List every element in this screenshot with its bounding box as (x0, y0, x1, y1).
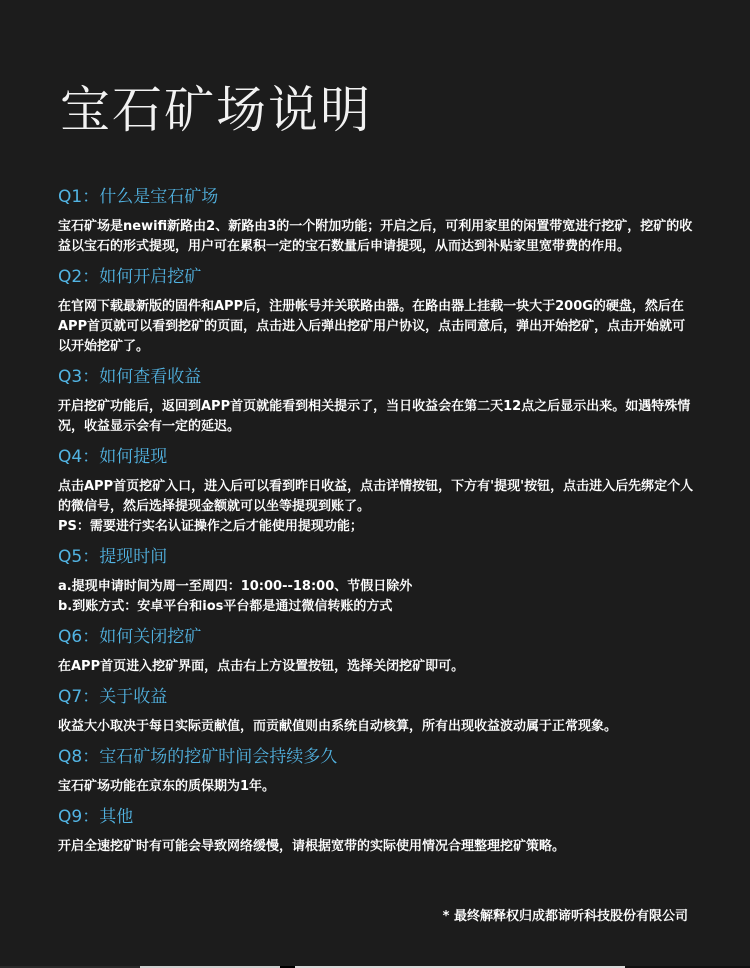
faq-answer: 收益大小取决于每日实际贡献值，而贡献值则由系统自动核算，所有出现收益波动属于正常… (58, 717, 698, 737)
faq-answer-paragraph: 点击APP首页挖矿入口，进入后可以看到昨日收益，点击详情按钮，下方有'提现'按钮… (58, 477, 698, 517)
faq-question: Q3：如何查看收益 (58, 365, 698, 389)
faq-answer-paragraph: 在官网下载最新版的固件和APP后，注册帐号并关联路由器。在路由器上挂载一块大于2… (58, 297, 698, 357)
faq-item-q1: Q1：什么是宝石矿场 宝石矿场是newifi新路由2、新路由3的一个附加功能；开… (58, 185, 698, 257)
faq-answer: 开启挖矿功能后，返回到APP首页就能看到相关提示了，当日收益会在第二天12点之后… (58, 397, 698, 437)
faq-answer-paragraph: 在APP首页进入挖矿界面，点击右上方设置按钮，选择关闭挖矿即可。 (58, 657, 698, 677)
faq-answer: 开启全速挖矿时有可能会导致网络缓慢，请根据宽带的实际使用情况合理整理挖矿策略。 (58, 837, 698, 857)
faq-answer-paragraph: 开启挖矿功能后，返回到APP首页就能看到相关提示了，当日收益会在第二天12点之后… (58, 397, 698, 437)
faq-item-q8: Q8：宝石矿场的挖矿时间会持续多久 宝石矿场功能在京东的质保期为1年。 (58, 745, 698, 797)
faq-answer: 在官网下载最新版的固件和APP后，注册帐号并关联路由器。在路由器上挂载一块大于2… (58, 297, 698, 357)
faq-item-q5: Q5：提现时间 a.提现申请时间为周一至周四：10:00--18:00、节假日除… (58, 545, 698, 617)
faq-question: Q8：宝石矿场的挖矿时间会持续多久 (58, 745, 698, 769)
faq-question: Q4：如何提现 (58, 445, 698, 469)
faq-question: Q1：什么是宝石矿场 (58, 185, 698, 209)
faq-item-q3: Q3：如何查看收益 开启挖矿功能后，返回到APP首页就能看到相关提示了，当日收益… (58, 365, 698, 437)
faq-answer-paragraph: 宝石矿场功能在京东的质保期为1年。 (58, 777, 698, 797)
copyright-note: * 最终解释权归成都谛听科技股份有限公司 (443, 907, 688, 927)
faq-item-q6: Q6：如何关闭挖矿 在APP首页进入挖矿界面，点击右上方设置按钮，选择关闭挖矿即… (58, 625, 698, 677)
faq-item-q2: Q2：如何开启挖矿 在官网下载最新版的固件和APP后，注册帐号并关联路由器。在路… (58, 265, 698, 357)
faq-question: Q9：其他 (58, 805, 698, 829)
faq-answer-paragraph: 开启全速挖矿时有可能会导致网络缓慢，请根据宽带的实际使用情况合理整理挖矿策略。 (58, 837, 698, 857)
faq-question: Q7：关于收益 (58, 685, 698, 709)
faq-answer: 在APP首页进入挖矿界面，点击右上方设置按钮，选择关闭挖矿即可。 (58, 657, 698, 677)
faq-question: Q6：如何关闭挖矿 (58, 625, 698, 649)
faq-answer-paragraph: 宝石矿场是newifi新路由2、新路由3的一个附加功能；开启之后，可利用家里的闲… (58, 217, 698, 257)
faq-item-q4: Q4：如何提现 点击APP首页挖矿入口，进入后可以看到昨日收益，点击详情按钮，下… (58, 445, 698, 537)
faq-list: Q1：什么是宝石矿场 宝石矿场是newifi新路由2、新路由3的一个附加功能；开… (58, 185, 698, 857)
faq-question: Q5：提现时间 (58, 545, 698, 569)
page-title: 宝石矿场说明 (60, 80, 372, 140)
faq-answer: a.提现申请时间为周一至周四：10:00--18:00、节假日除外 b.到账方式… (58, 577, 698, 617)
faq-item-q9: Q9：其他 开启全速挖矿时有可能会导致网络缓慢，请根据宽带的实际使用情况合理整理… (58, 805, 698, 857)
faq-answer: 宝石矿场功能在京东的质保期为1年。 (58, 777, 698, 797)
faq-item-q7: Q7：关于收益 收益大小取决于每日实际贡献值，而贡献值则由系统自动核算，所有出现… (58, 685, 698, 737)
faq-answer-line-b: b.到账方式：安卓平台和ios平台都是通过微信转账的方式 (58, 597, 698, 617)
faq-answer: 点击APP首页挖矿入口，进入后可以看到昨日收益，点击详情按钮，下方有'提现'按钮… (58, 477, 698, 537)
faq-answer: 宝石矿场是newifi新路由2、新路由3的一个附加功能；开启之后，可利用家里的闲… (58, 217, 698, 257)
faq-question: Q2：如何开启挖矿 (58, 265, 698, 289)
faq-answer-note: PS：需要进行实名认证操作之后才能使用提现功能； (58, 517, 698, 537)
faq-answer-line-a: a.提现申请时间为周一至周四：10:00--18:00、节假日除外 (58, 577, 698, 597)
faq-answer-paragraph: 收益大小取决于每日实际贡献值，而贡献值则由系统自动核算，所有出现收益波动属于正常… (58, 717, 698, 737)
